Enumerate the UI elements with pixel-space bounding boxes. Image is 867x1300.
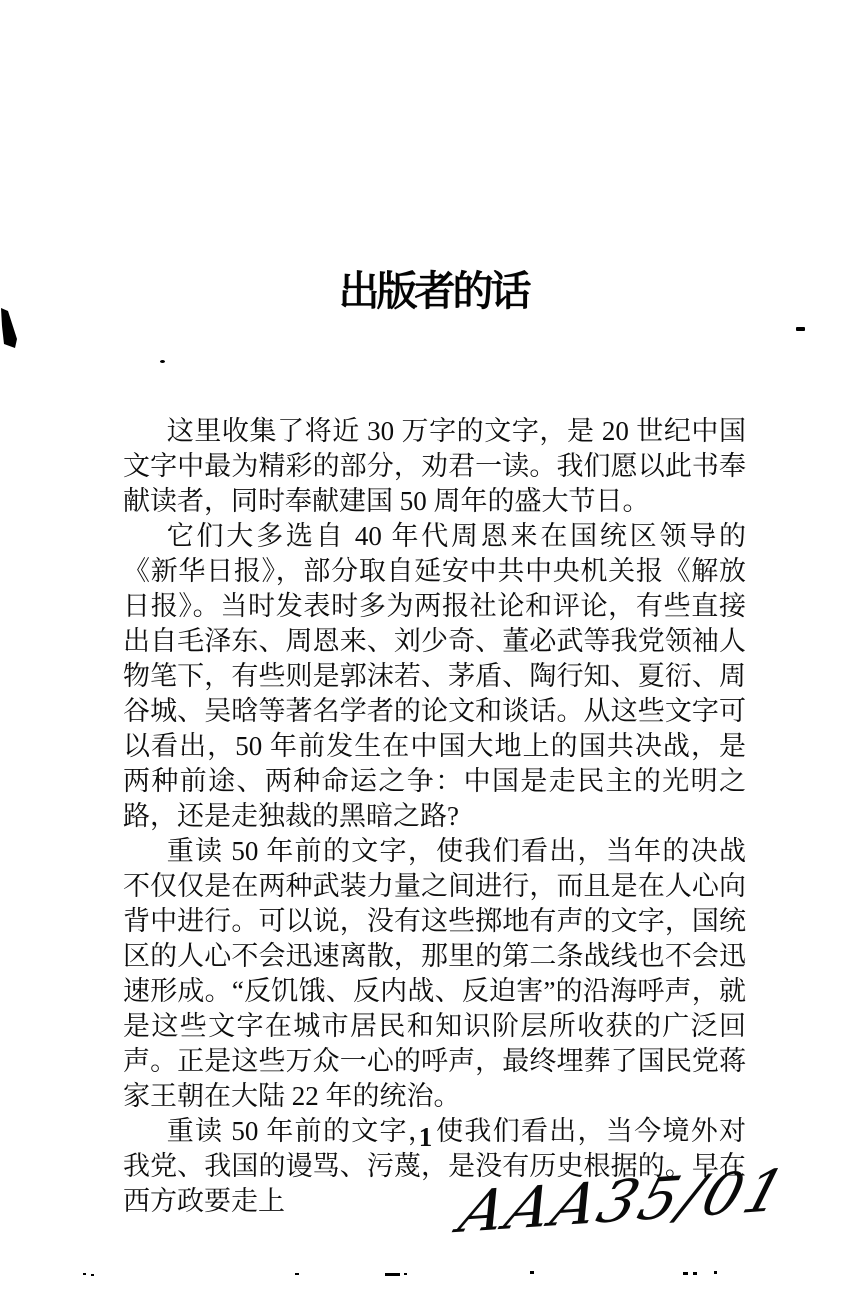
- scan-dash-artifact: [385, 1273, 400, 1276]
- scan-dot-artifact: [530, 1271, 534, 1274]
- paragraph-3: 重读 50 年前的文字，使我们看出，当年的决战不仅仅是在两种武装力量之间进行，而…: [123, 834, 746, 1114]
- scan-dot-artifact: [295, 1273, 299, 1275]
- scan-dot-artifact: [160, 360, 165, 363]
- scan-dot-artifact: [91, 1274, 94, 1276]
- page-title: 出版者的话: [0, 258, 867, 317]
- scan-dot-artifact: [83, 1273, 86, 1275]
- paragraph-1: 这里收集了将近 30 万字的文字，是 20 世纪中国文字中最为精彩的部分，劝君一…: [123, 414, 746, 519]
- scan-dot-artifact: [714, 1271, 717, 1274]
- page-number: 1: [123, 1122, 728, 1153]
- scan-dot-artifact: [683, 1272, 688, 1275]
- scan-dot-artifact: [404, 1273, 407, 1275]
- scan-dash-artifact: [796, 327, 805, 331]
- scanned-book-page: 出版者的话 这里收集了将近 30 万字的文字，是 20 世纪中国文字中最为精彩的…: [0, 0, 867, 1300]
- body-text: 这里收集了将近 30 万字的文字，是 20 世纪中国文字中最为精彩的部分，劝君一…: [123, 414, 746, 1219]
- paragraph-2: 它们大多选自 40 年代周恩来在国统区领导的《新华日报》，部分取自延安中共中央机…: [123, 519, 746, 834]
- scan-dot-artifact: [693, 1272, 697, 1275]
